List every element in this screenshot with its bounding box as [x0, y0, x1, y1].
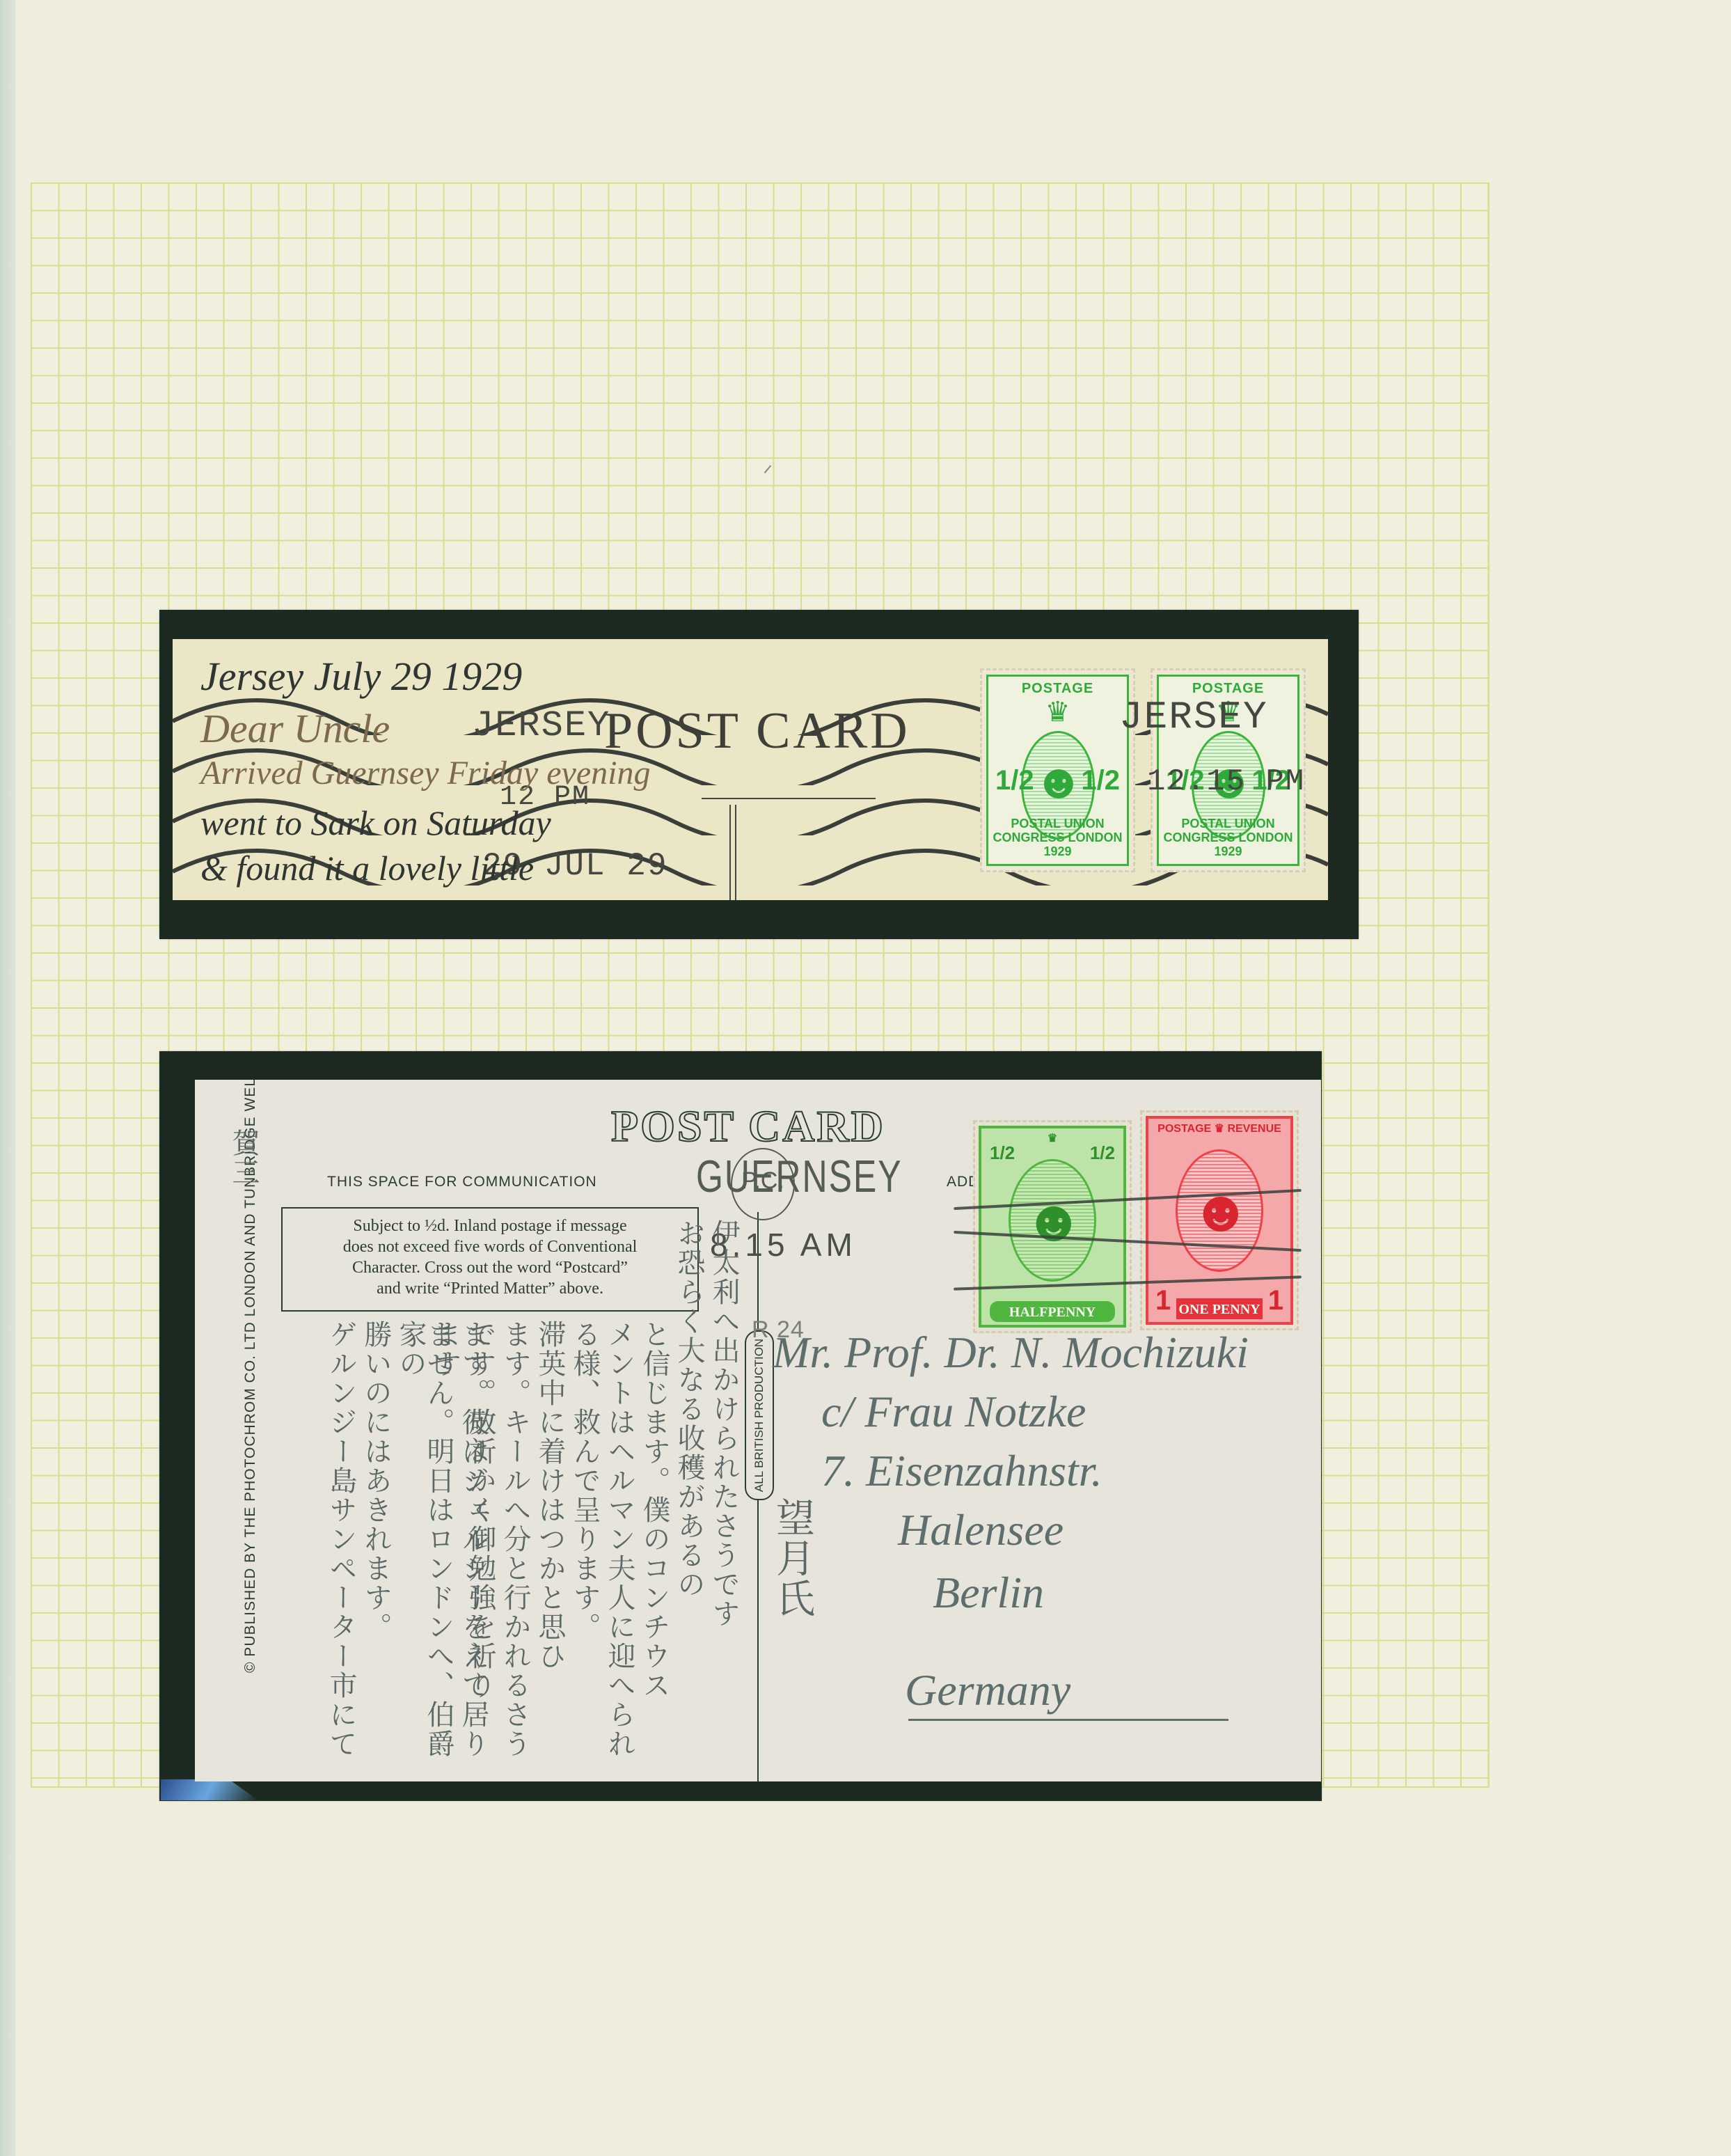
album-binding-edge [0, 0, 15, 2156]
stamp-value: ONE PENNY [1148, 1302, 1290, 1318]
king-portrait-icon: ☻ [1023, 1187, 1084, 1254]
stamp-one-penny-red[interactable]: POSTAGE ♛ REVENUE ☻ 1 1 ONE PENNY [1140, 1110, 1299, 1330]
publisher-imprint: © PUBLISHED BY THE PHOTOCHROM CO. LTD LO… [242, 1283, 259, 1673]
value-fraction-left: 1/2 [995, 767, 1034, 794]
address-line-1: Mr. Prof. Dr. N. Mochizuki [773, 1327, 1249, 1378]
postage-notice-box: Subject to ½d. Inland postage if message… [281, 1207, 699, 1312]
communication-label: THIS SPACE FOR COMMUNICATION [327, 1174, 597, 1190]
postcard-jersey[interactable]: POST CARD JERSEY 12 PM 29 JUL 29 Jersey … [173, 639, 1328, 900]
stamp-puc-halfpenny-1[interactable]: POSTAGE ♛ ☻ 1/2 1/2 POSTAL UNION CONGRES… [980, 668, 1135, 872]
sender-name-vertical: 望月氏 [773, 1497, 812, 1619]
postmark-town: GUERNSEY [696, 1150, 903, 1202]
stamp-header: POSTAGE [988, 681, 1127, 697]
message-column: る様、救んで呈ります。 [571, 1320, 599, 1772]
value-corner: 1/2 [1090, 1142, 1115, 1164]
king-portrait-icon: ☻ [1033, 753, 1084, 809]
message-column: ません。明日はロンドンへ、伯爵家の [397, 1320, 452, 1772]
card-divider [729, 805, 736, 900]
message-column: メントはヘルマン夫人に迎へられ [606, 1320, 633, 1772]
stamp-footer: POSTAL UNION CONGRESS LONDON 1929 [1159, 817, 1297, 858]
address-line-4: Halensee [898, 1504, 1064, 1556]
king-portrait-icon: ☻ [1190, 1177, 1251, 1245]
postmark-town-right: JERSEY [1119, 695, 1268, 739]
stamp-header: POSTAGE ♛ REVENUE [1148, 1122, 1290, 1135]
postmark-time-right: 12.15 PM [1147, 764, 1305, 799]
stamp-halfpenny-green[interactable]: 1/2 1/2 ♛ ☻ HALFPENNY [973, 1120, 1132, 1333]
message-column: 伊太利へ出かけられたさうです [710, 1219, 738, 1776]
printed-post-card-title: POST CARD [604, 702, 910, 761]
address-line [702, 798, 876, 799]
postmark-town: JERSEY [472, 705, 610, 746]
all-british-production-label: ALL BRITISH PRODUCTION [745, 1330, 774, 1500]
message-column: と信じます。僕のコンチウス [640, 1320, 668, 1772]
postmark-pc-circle: P.C. [731, 1148, 795, 1220]
value-corner: 1/2 [990, 1142, 1015, 1164]
crown-icon: ♛ [981, 1131, 1123, 1145]
message-column: 勝いのにはあきれます。 [362, 1320, 390, 1772]
value-fraction-right: 1/2 [1081, 767, 1120, 794]
margin-note: 賀三 [230, 1128, 258, 1187]
address-line-3: 7. Eisenzahnstr. [821, 1445, 1102, 1497]
address-line-5: Berlin [933, 1567, 1044, 1619]
printed-post-card-title: POST CARD [611, 1101, 885, 1152]
stamp-value: HALFPENNY [981, 1305, 1123, 1321]
handwritten-line-2: Dear Uncle [200, 705, 390, 752]
stamp-footer: POSTAL UNION CONGRESS LONDON 1929 [988, 817, 1127, 858]
handwritten-line-5: & found it a lovely little [200, 848, 534, 888]
address-underline [908, 1719, 1228, 1721]
postcard-guernsey-to-berlin[interactable]: POST CARD THIS SPACE FOR COMMUNICATION A… [195, 1080, 1321, 1781]
address-line-6: Germany [905, 1665, 1070, 1716]
message-column: 滞英中に着けはつかと思ひ [536, 1320, 564, 1772]
message-column: ゲルンジー島サンペーター市にて [327, 1320, 355, 1772]
handwritten-line-4: went to Sark on Saturday [200, 803, 551, 843]
pencil-tick [764, 465, 772, 473]
message-column: お恐らく大なる收穫があるの [675, 1219, 703, 1776]
handwritten-line-3: Arrived Guernsey Friday evening [200, 754, 650, 792]
message-column: ます。キールへ分と行かれるさう [501, 1320, 529, 1772]
address-line-2: c/ Frau Notzke [821, 1386, 1086, 1438]
crown-icon: ♛ [1045, 696, 1070, 728]
handwritten-line-1: Jersey July 29 1929 [200, 653, 522, 700]
